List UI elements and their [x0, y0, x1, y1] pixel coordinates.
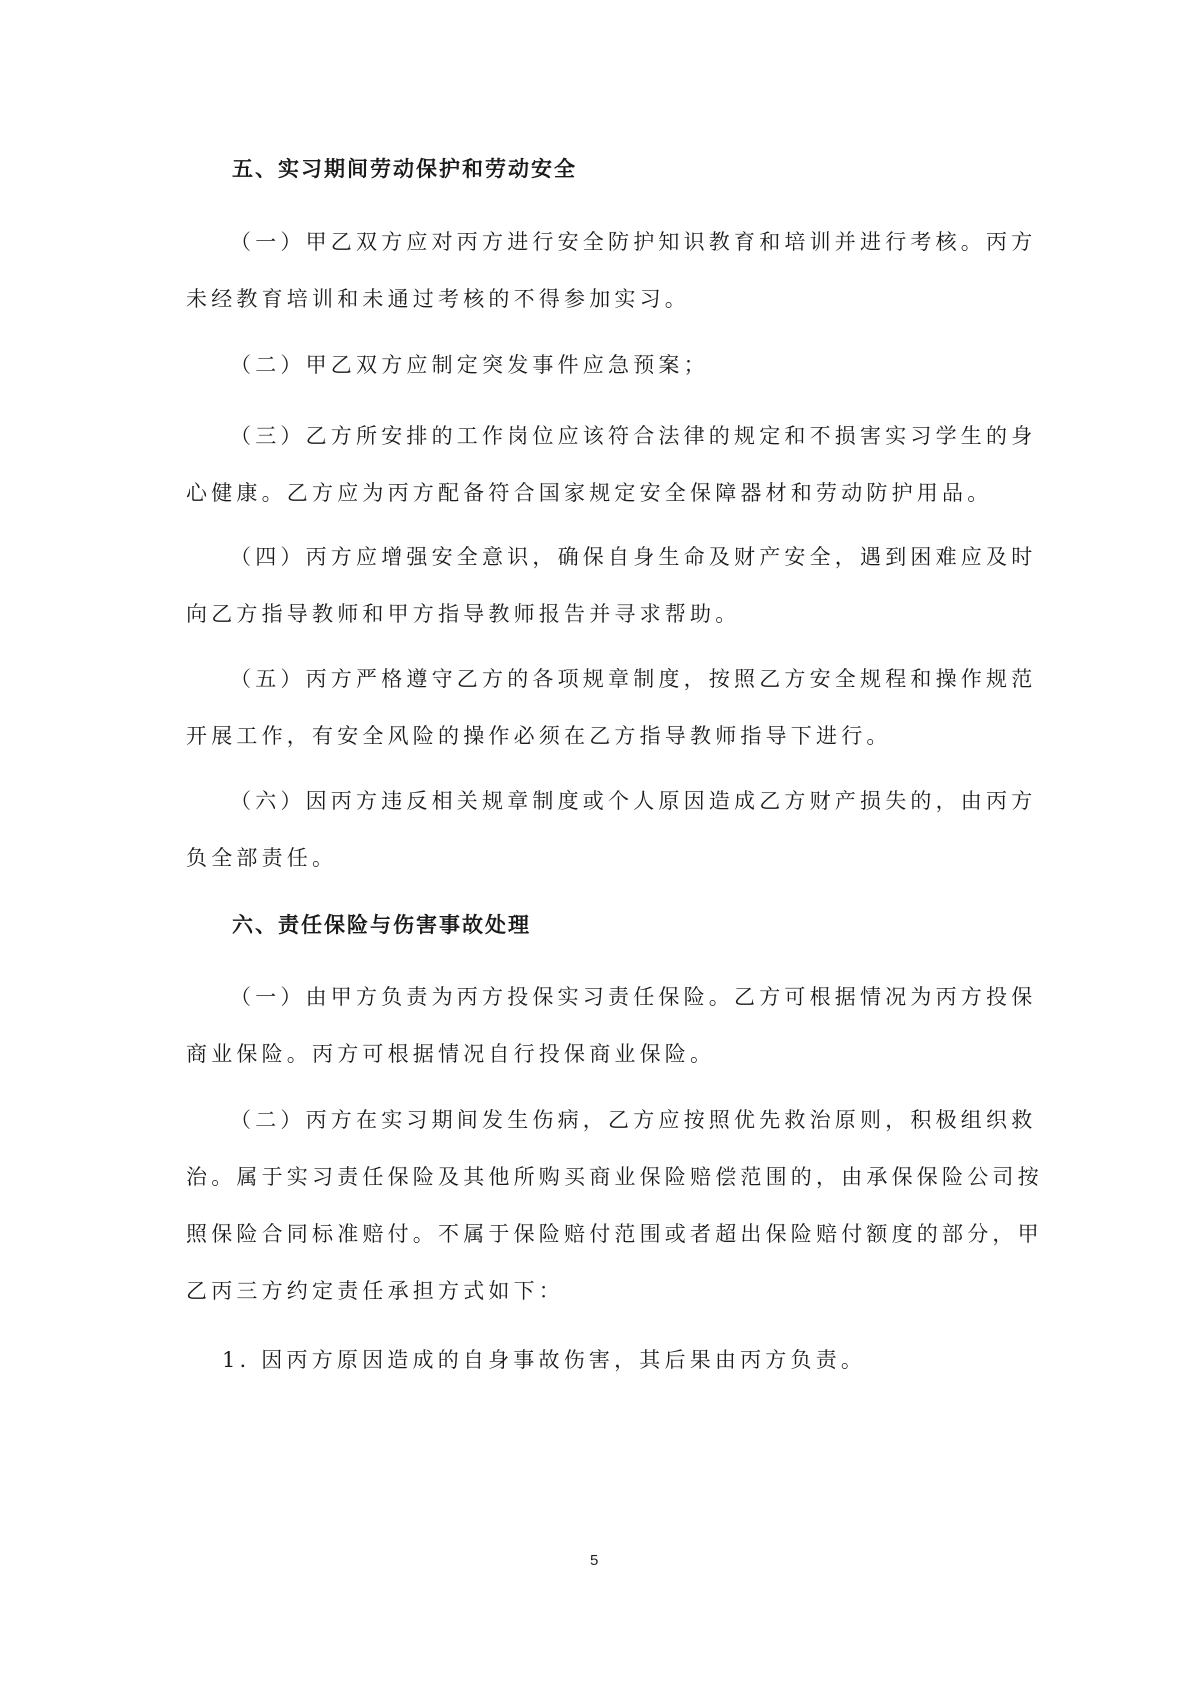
paragraph-line: 向乙方指导教师和甲方指导教师报告并寻求帮助。	[186, 600, 740, 628]
paragraph-line: （六）因丙方违反相关规章制度或个人原因造成乙方财产损失的，由丙方	[230, 787, 1036, 815]
paragraph-line: （一）甲乙双方应对丙方进行安全防护知识教育和培训并进行考核。丙方	[230, 228, 1036, 256]
paragraph-line: 负全部责任。	[186, 844, 337, 872]
paragraph-line: 照保险合同标准赔付。不属于保险赔付范围或者超出保险赔付额度的部分，甲	[186, 1220, 1043, 1248]
paragraph-line: 商业保险。丙方可根据情况自行投保商业保险。	[186, 1040, 715, 1068]
paragraph-line: （一）由甲方负责为丙方投保实习责任保险。乙方可根据情况为丙方投保	[230, 983, 1036, 1011]
section-heading-6: 六、责任保险与伤害事故处理	[232, 911, 531, 939]
paragraph-line: （三）乙方所安排的工作岗位应该符合法律的规定和不损害实习学生的身	[230, 422, 1036, 450]
paragraph-line: （二）丙方在实习期间发生伤病，乙方应按照优先救治原则，积极组织救	[230, 1106, 1036, 1134]
paragraph-line: 治。属于实习责任保险及其他所购买商业保险赔偿范围的，由承保保险公司按	[186, 1163, 1043, 1191]
paragraph-line: （四）丙方应增强安全意识，确保自身生命及财产安全，遇到困难应及时	[230, 543, 1036, 571]
document-page: 五、实习期间劳动保护和劳动安全 （一）甲乙双方应对丙方进行安全防护知识教育和培训…	[0, 0, 1199, 1696]
paragraph-line: 心健康。乙方应为丙方配备符合国家规定安全保障器材和劳动防护用品。	[186, 479, 992, 507]
paragraph-line: 未经教育培训和未通过考核的不得参加实习。	[186, 285, 690, 313]
numbered-list-item: 1. 因丙方原因造成的自身事故伤害，其后果由丙方负责。	[222, 1346, 866, 1374]
paragraph-line: 开展工作，有安全风险的操作必须在乙方指导教师指导下进行。	[186, 722, 892, 750]
paragraph-line: 乙丙三方约定责任承担方式如下：	[186, 1277, 564, 1305]
section-heading-5: 五、实习期间劳动保护和劳动安全	[232, 155, 577, 183]
page-number: 5	[590, 1552, 598, 1569]
paragraph-line: （二）甲乙双方应制定突发事件应急预案；	[230, 351, 709, 379]
paragraph-line: （五）丙方严格遵守乙方的各项规章制度，按照乙方安全规程和操作规范	[230, 665, 1036, 693]
